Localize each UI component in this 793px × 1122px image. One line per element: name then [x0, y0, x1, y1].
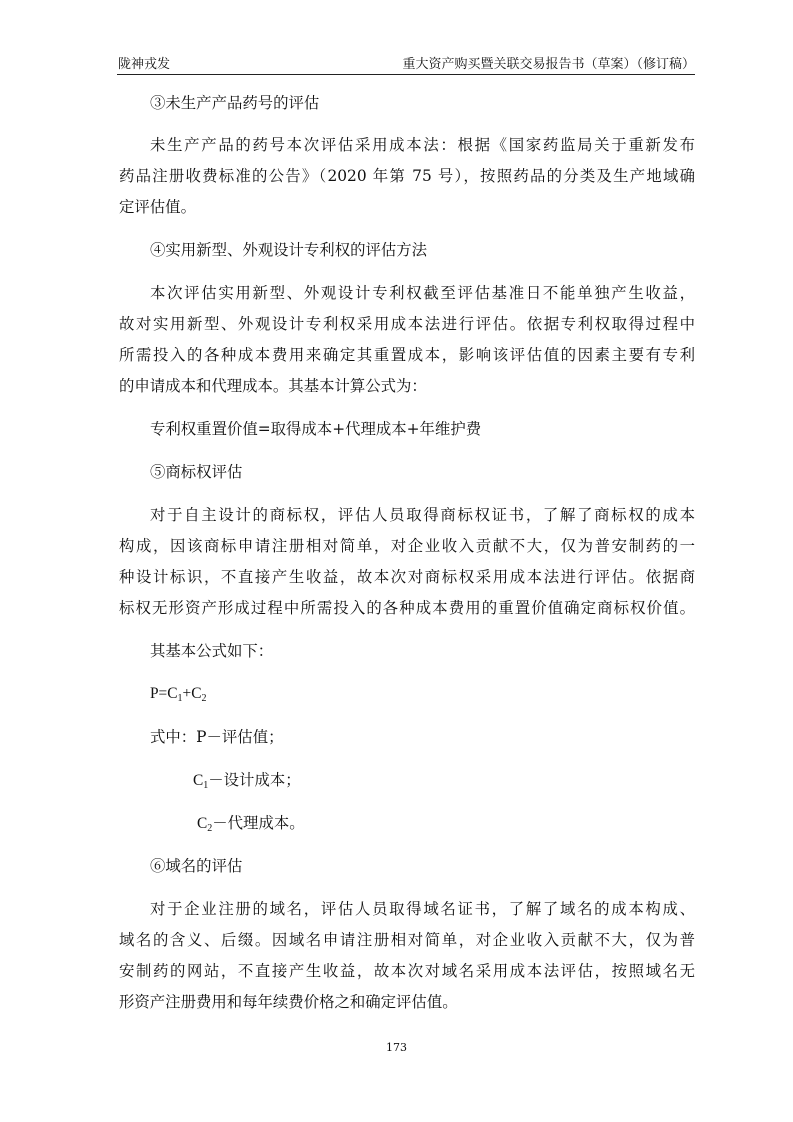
section-heading-3: ③未生产产品药号的评估 [150, 93, 319, 113]
paragraph-line: 故对实用新型、外观设计专利权采用成本法进行评估。依据专利权取得过程中 [119, 314, 695, 334]
page-header: 陇神戎发 重大资产购买暨关联交易报告书（草案）（修订稿） [117, 52, 695, 75]
paragraph-line: 对于企业注册的域名，评估人员取得域名证书，了解了域名的成本构成、 [150, 899, 695, 919]
paragraph-line: 所需投入的各种成本费用来确定其重置成本，影响该评估值的因素主要有专利 [119, 345, 695, 365]
formula-term-c1: C1－设计成本； [193, 770, 301, 796]
formula-intro: 其基本公式如下： [150, 641, 273, 661]
page-number: 173 [0, 1041, 793, 1054]
section-heading-6: ⑥域名的评估 [150, 856, 242, 876]
paragraph-line: 种设计标识，不直接产生收益，故本次对商标权采用成本法进行评估。依据商 [119, 567, 695, 587]
paragraph-line: 定评估值。 [119, 197, 196, 217]
paragraph-line: 安制药的网站，不直接产生收益，故本次对域名采用成本法评估，按照域名无 [119, 961, 695, 981]
header-doc-title: 重大资产购买暨关联交易报告书（草案）（修订稿） [402, 53, 695, 72]
trademark-formula: P=C1+C2 [150, 684, 206, 709]
section-heading-4: ④实用新型、外观设计专利权的评估方法 [150, 240, 427, 260]
paragraph-line: 未生产产品的药号本次评估采用成本法：根据《国家药监局关于重新发布 [150, 135, 695, 155]
formula-term-c2: C2－代理成本。 [197, 813, 305, 839]
formula-where: 式中：P－评估值； [150, 727, 283, 747]
header-company: 陇神戎发 [118, 53, 170, 72]
paragraph-line: 的申请成本和代理成本。其基本计算公式为： [119, 376, 427, 396]
paragraph-line: 本次评估实用新型、外观设计专利权截至评估基准日不能单独产生收益， [150, 283, 695, 303]
paragraph-line: 药品注册收费标准的公告》（2020 年第 75 号），按照药品的分类及生产地域确 [119, 166, 695, 186]
patent-formula: 专利权重置价值=取得成本+代理成本+年维护费 [150, 419, 481, 439]
paragraph-line: 形资产注册费用和每年续费价格之和确定评估值。 [119, 992, 458, 1012]
paragraph-line: 标权无形资产形成过程中所需投入的各种成本费用的重置价值确定商标权价值。 [119, 598, 695, 618]
paragraph-line: 域名的含义、后缀。因域名申请注册相对简单，对企业收入贡献不大，仅为普 [119, 930, 695, 950]
paragraph-line: 构成，因该商标申请注册相对简单，对企业收入贡献不大，仅为普安制药的一 [119, 536, 695, 556]
section-heading-5: ⑤商标权评估 [150, 462, 242, 482]
paragraph-line: 对于自主设计的商标权，评估人员取得商标权证书，了解了商标权的成本 [150, 505, 695, 525]
